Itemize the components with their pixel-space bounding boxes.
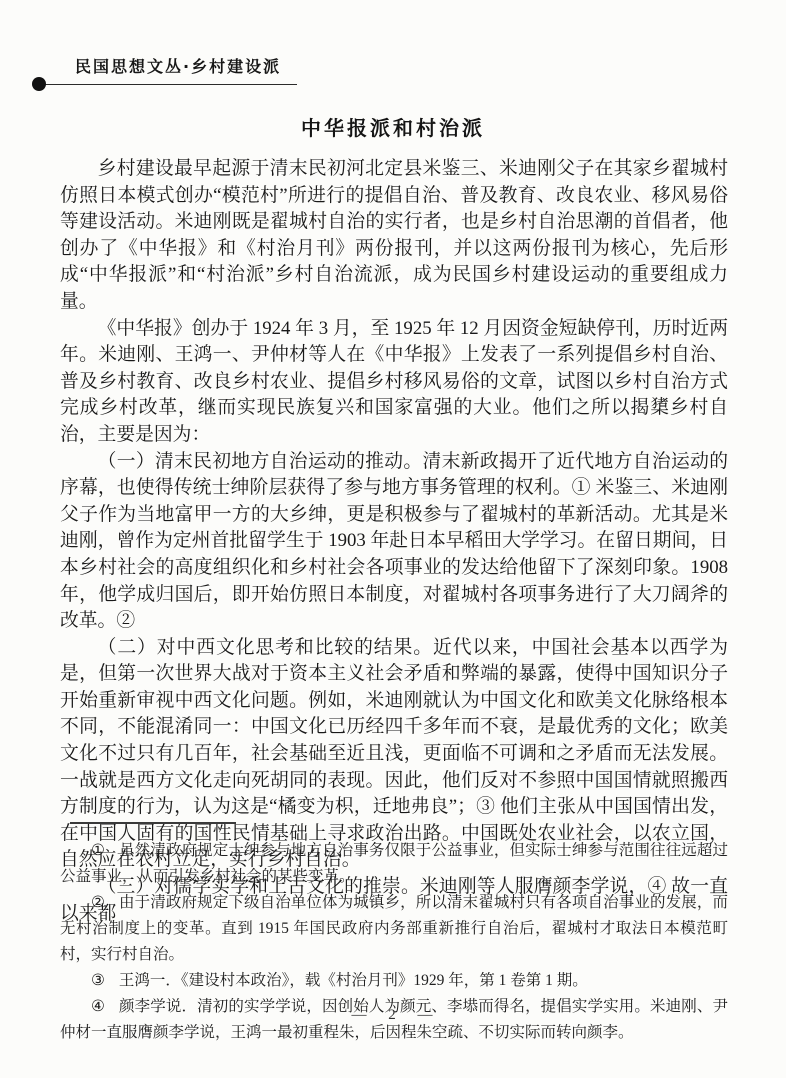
series-title: 民国思想文丛·乡村建设派	[35, 54, 335, 77]
page-number: — 2 —	[352, 1007, 435, 1023]
footnote-marker: ③	[91, 972, 105, 989]
footnote-separator	[70, 822, 236, 824]
footnote-marker: ①	[91, 842, 105, 859]
footnote-text: 王鸿一．《建设村本政治》，载《村治月刊》1929 年，第 1 卷第 1 期。	[119, 972, 588, 989]
running-header: 民国思想文丛·乡村建设派	[35, 54, 335, 85]
footnote-marker: ②	[91, 894, 105, 911]
footnote-text: 由于清政府规定下级自治单位体为城镇乡，所以清末翟城村只有各项自治事业的发展，而无…	[60, 894, 728, 963]
paragraph-2: 《中华报》创办于 1924 年 3 月，至 1925 年 12 月因资金短缺停刊…	[60, 316, 728, 449]
footnote-1: ①虽然清政府规定士绅参与地方自治事务仅限于公益事业，但实际士绅参与范围往往远超过…	[60, 838, 728, 890]
footnote-2: ②由于清政府规定下级自治单位体为城镇乡，所以清末翟城村只有各项自治事业的发展，而…	[60, 890, 728, 968]
footnote-3: ③王鸿一．《建设村本政治》，载《村治月刊》1929 年，第 1 卷第 1 期。	[60, 968, 728, 994]
book-page: 民国思想文丛·乡村建设派 中华报派和村治派 乡村建设最早起源于清末民初河北定县米…	[0, 0, 786, 1078]
body-text: 乡村建设最早起源于清末民初河北定县米鉴三、米迪刚父子在其家乡翟城村仿照日本模式创…	[60, 156, 728, 927]
page-footer: — 2 —	[0, 1006, 786, 1024]
footnote-text: 虽然清政府规定士绅参与地方自治事务仅限于公益事业，但实际士绅参与范围往往远超过公…	[60, 842, 728, 885]
header-rule	[35, 84, 297, 85]
bullet-dot-icon	[32, 77, 46, 91]
paragraph-3: （一）清末民初地方自治运动的推动。清末新政揭开了近代地方自治运动的序幕，也使得传…	[60, 449, 728, 635]
paragraph-1: 乡村建设最早起源于清末民初河北定县米鉴三、米迪刚父子在其家乡翟城村仿照日本模式创…	[60, 156, 728, 316]
chapter-title: 中华报派和村治派	[0, 112, 786, 141]
